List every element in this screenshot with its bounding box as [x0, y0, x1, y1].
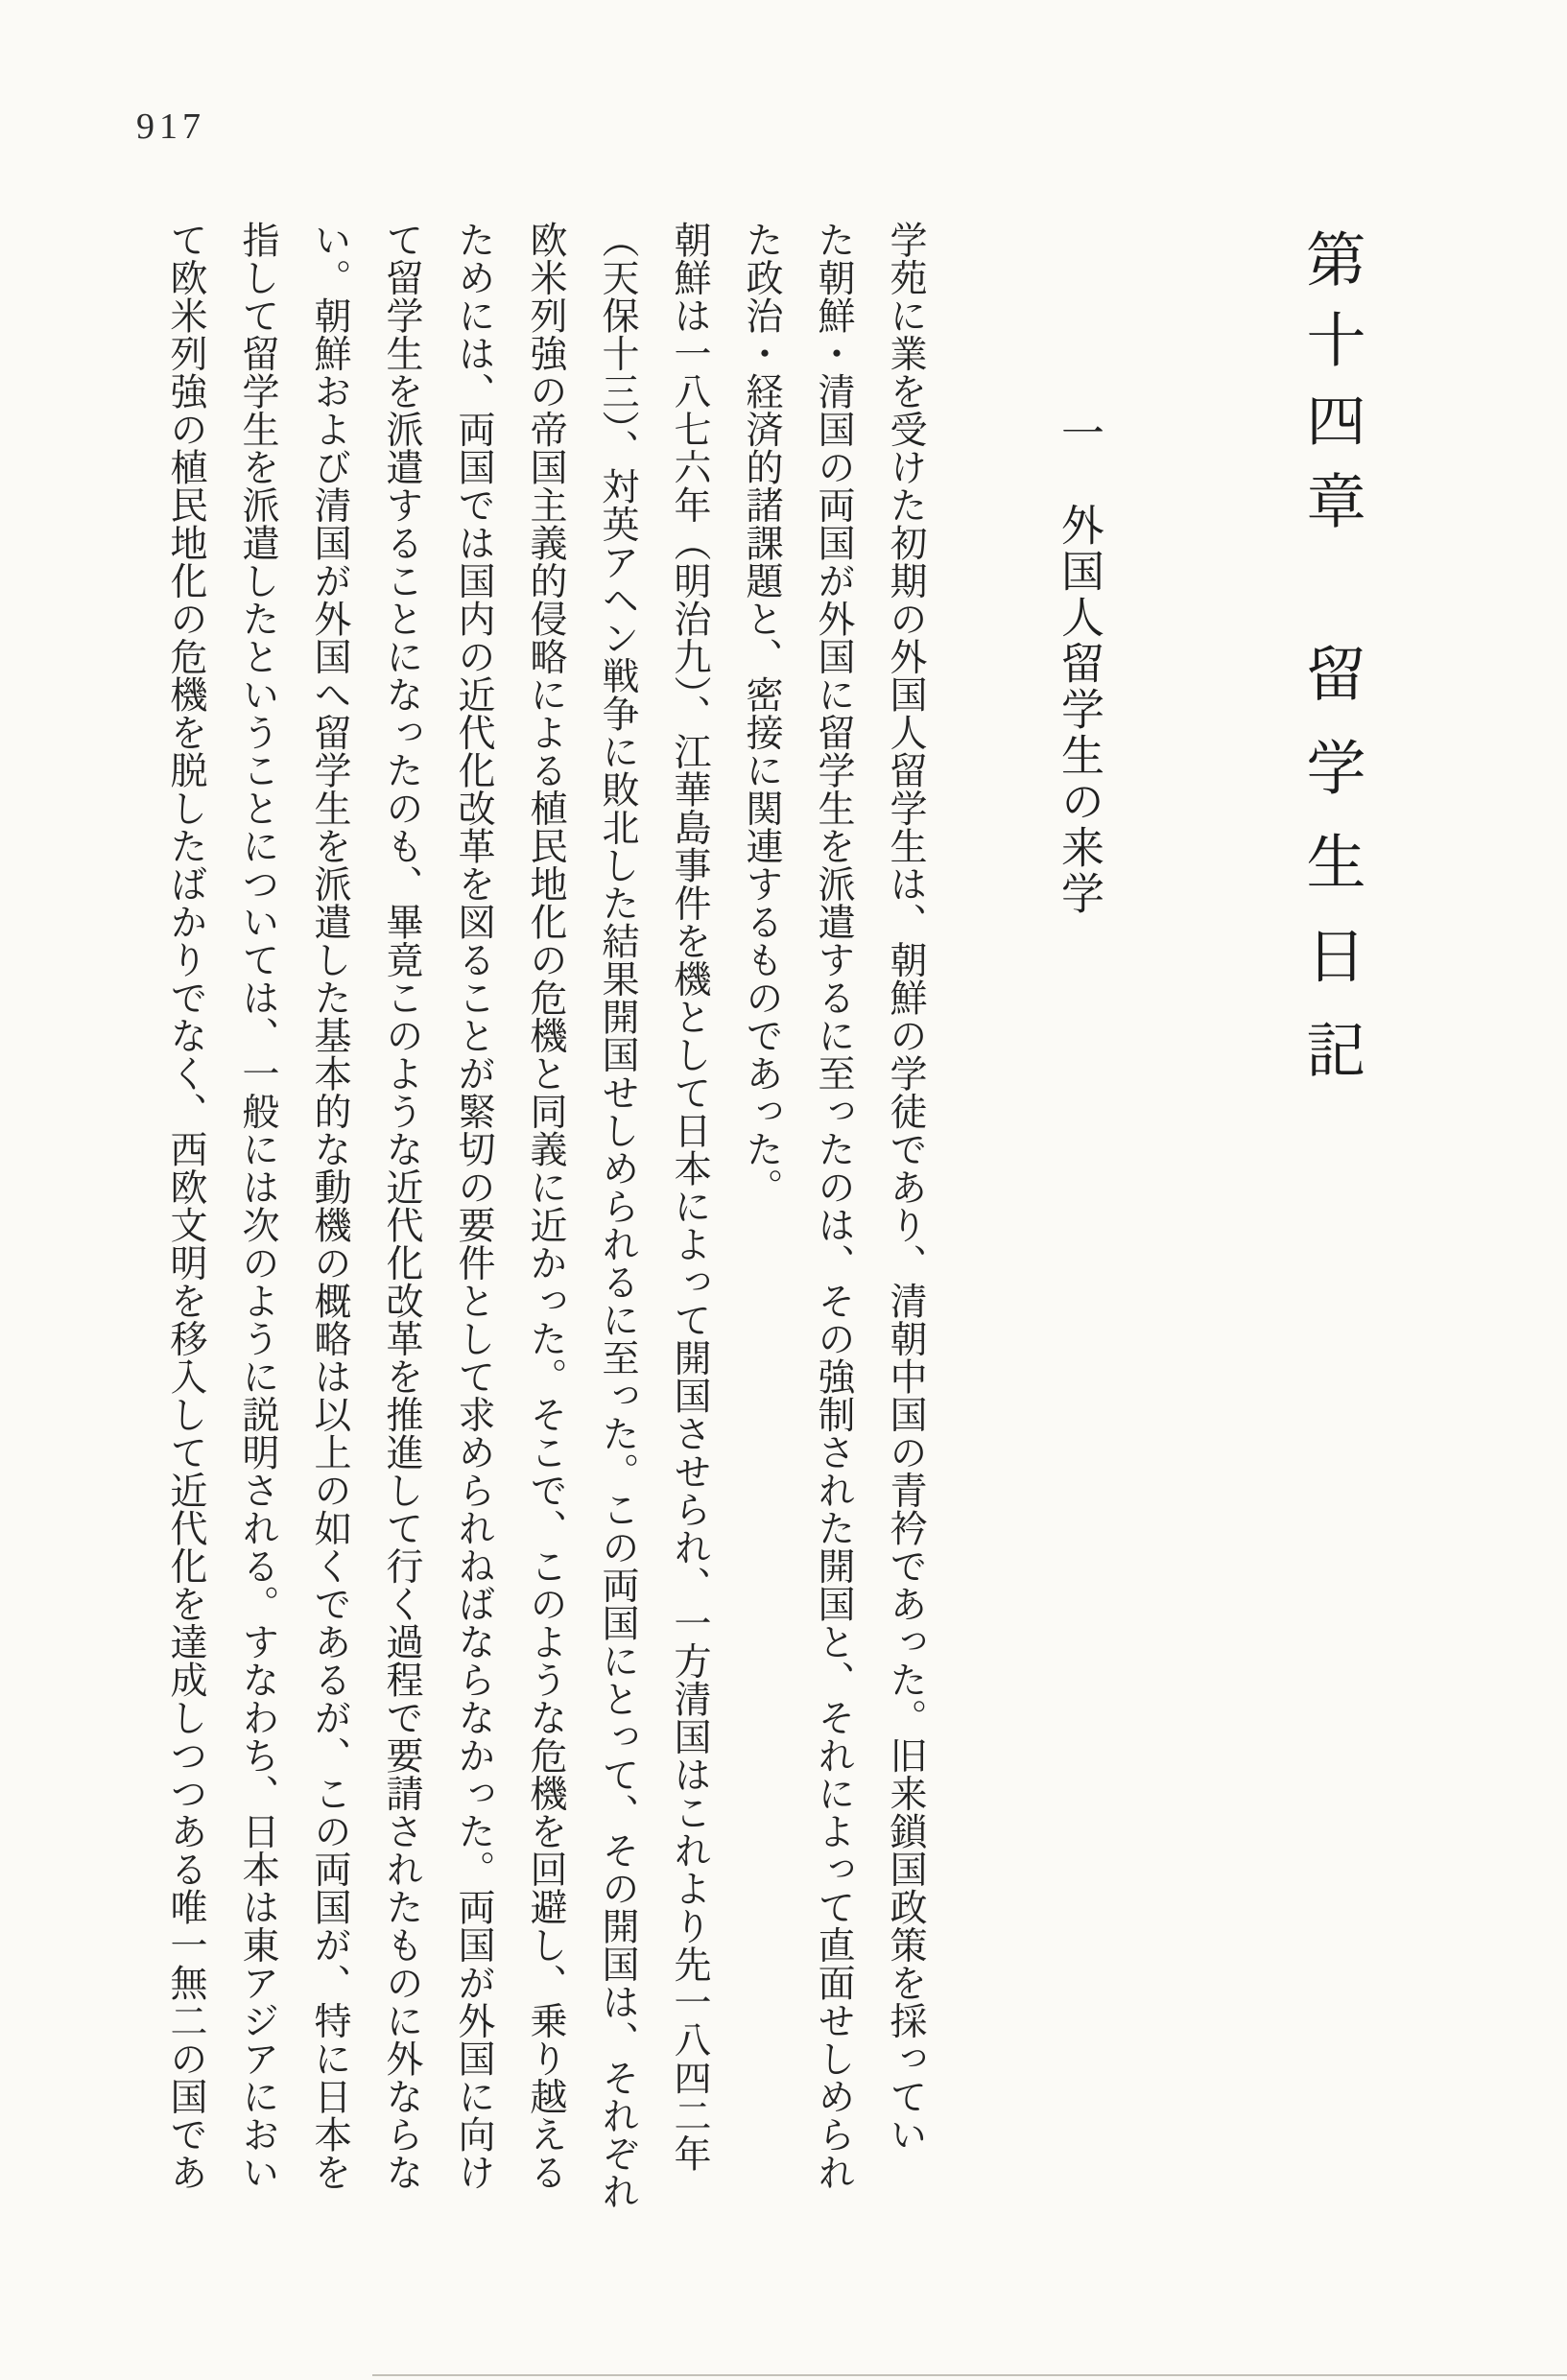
body-column-7: ためには、両国では国内の近代化改革を図ることが緊切の要件として求められねばならな…: [438, 221, 510, 2237]
chapter-title: 第十四章留学生日記: [1288, 228, 1373, 1113]
chapter-number-label: 第十四章: [1297, 228, 1363, 551]
body-column-1: 学苑に業を受けた初期の外国人留学生は、朝鮮の学徒であり、清朝中国の青衿であった。…: [869, 221, 941, 2237]
body-column-8: て留学生を派遣することになったのも、畢竟このような近代化改革を推進して行く過程で…: [366, 221, 438, 2237]
body-text-block: 学苑に業を受けた初期の外国人留学生は、朝鮮の学徒であり、清朝中国の青衿であった。…: [150, 221, 941, 2237]
body-column-3: た政治・経済的諸課題と、密接に関連するものであった。: [725, 221, 797, 2237]
page-number: 917: [136, 106, 205, 148]
body-column-11: て欧米列強の植民地化の危機を脱したばかりでなく、西欧文明を移入して近代化を達成し…: [150, 221, 222, 2237]
body-column-4: 朝鮮は一八七六年（明治九）、江華島事件を機として日本によって開国させられ、一方清…: [653, 221, 725, 2237]
chapter-title-text: 留学生日記: [1297, 643, 1363, 1113]
body-column-5: （天保十三）、対英アヘン戦争に敗北した結果開国せしめられるに至った。この両国にと…: [582, 221, 653, 2237]
scan-edge-artifact: [372, 2374, 1567, 2376]
body-column-2: た朝鮮・清国の両国が外国に留学生を派遣するに至ったのは、その強制された開国と、そ…: [797, 221, 869, 2237]
book-page: 917 第十四章留学生日記 一 外国人留学生の来学 学苑に業を受けた初期の外国人…: [0, 0, 1567, 2380]
section-heading: 一 外国人留学生の来学: [1048, 411, 1110, 917]
body-column-6: 欧米列強の帝国主義的侵略による植民地化の危機と同義に近かった。そこで、このような…: [510, 221, 582, 2237]
body-column-9: い。朝鮮および清国が外国へ留学生を派遣した基本的な動機の概略は以上の如くであるが…: [294, 221, 366, 2237]
body-column-10: 指して留学生を派遣したということについては、一般には次のように説明される。すなわ…: [222, 221, 294, 2237]
